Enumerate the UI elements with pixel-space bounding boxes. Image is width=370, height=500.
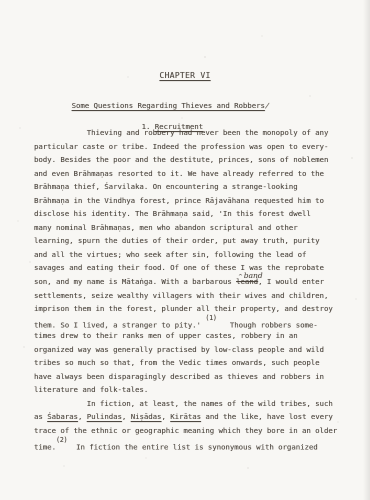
text-line: literature and folk-tales. — [34, 383, 346, 397]
text-line: have always been disparagingly described… — [34, 370, 346, 384]
text-line: tribes so much so that, from the Vedic t… — [34, 356, 346, 370]
line-text: as — [34, 412, 47, 421]
text-line: body. Besides the poor and the destitute… — [34, 153, 346, 167]
line-text: time. — [34, 442, 56, 451]
tribe-name: Śabaras — [47, 412, 78, 421]
text-line: many nominal Brāhmaṇas, men who abandon … — [34, 221, 346, 235]
section-heading-text: Some Questions Regarding Thieves and Rob… — [72, 101, 265, 110]
text-line: settlements, seize wealthy villagers wit… — [34, 289, 346, 303]
text-line: and all the virtues; who seek after sin,… — [34, 248, 346, 262]
text-line: and even Brāhmaṇas resorted to it. We ha… — [34, 167, 346, 181]
text-line-with-footnote: time.(2) In fiction the entire list is s… — [34, 438, 346, 452]
text-line: learning, spurn the duties of their orde… — [34, 234, 346, 248]
document-page: CHAPTER VI Some Questions Regarding Thie… — [0, 0, 370, 500]
text-line: Brāhmaṇa thief, Śarvilaka. On encounteri… — [34, 180, 346, 194]
text-line: particular caste or tribe. Indeed the pr… — [34, 140, 346, 154]
body-text: Thieving and robbery had never been the … — [34, 126, 346, 451]
footnote-ref-2: (2) — [56, 436, 67, 444]
line-text: son, and my name is Mātaṅga. With a barb… — [34, 277, 236, 286]
tribe-name: Niṣādas — [131, 412, 162, 421]
text-line: imprison them in the forest, plunder all… — [34, 302, 346, 316]
text-line: times drew to their ranks men of upper c… — [34, 329, 346, 343]
line-text: and the like, have lost every — [201, 412, 333, 421]
struck-word: ^bandleand — [236, 277, 258, 286]
text-line-tribe-names: as Śabaras, Pulindas, Niṣādas, Kirātas a… — [34, 410, 346, 424]
text-line: savages and eating their food. Of one of… — [34, 261, 346, 275]
chapter-heading: CHAPTER VI — [0, 71, 370, 80]
text-line-with-footnote: them. So I lived, a stranger to pity.' (… — [34, 316, 346, 330]
handwritten-insert: ^band — [238, 269, 263, 285]
line-text: , — [78, 412, 87, 421]
line-text: , I would enter — [258, 277, 324, 286]
text-line: Brāhmaṇa in the Vindhya forest, prince R… — [34, 194, 346, 208]
caret-mark: ^ — [238, 274, 243, 280]
text-line: Thieving and robbery had never been the … — [34, 126, 346, 140]
text-line: disclose his identity. The Brāhmaṇa said… — [34, 207, 346, 221]
text-line: In fiction, at least, the names of the w… — [34, 397, 346, 411]
footnote-ref-1: (1) — [205, 314, 216, 322]
line-text: them. So I lived, a stranger to pity.' — [34, 320, 205, 329]
handwritten-slash-mark: / — [265, 101, 269, 110]
tribe-name: Pulindas — [87, 412, 122, 421]
text-line: trace of the ethnic or geographic meanin… — [34, 424, 346, 438]
line-text: In fiction the entire list is synonymous… — [67, 442, 317, 451]
line-text: Though robbers some- — [217, 320, 318, 329]
tribe-name: Kirātas — [170, 412, 201, 421]
line-text: , — [122, 412, 131, 421]
line-text: , — [161, 412, 170, 421]
text-line-with-correction: son, and my name is Mātaṅga. With a barb… — [34, 275, 346, 289]
text-line: organized way was generally practised by… — [34, 343, 346, 357]
chapter-heading-text: CHAPTER VI — [159, 71, 210, 80]
handwritten-insert-text: band — [244, 271, 263, 280]
